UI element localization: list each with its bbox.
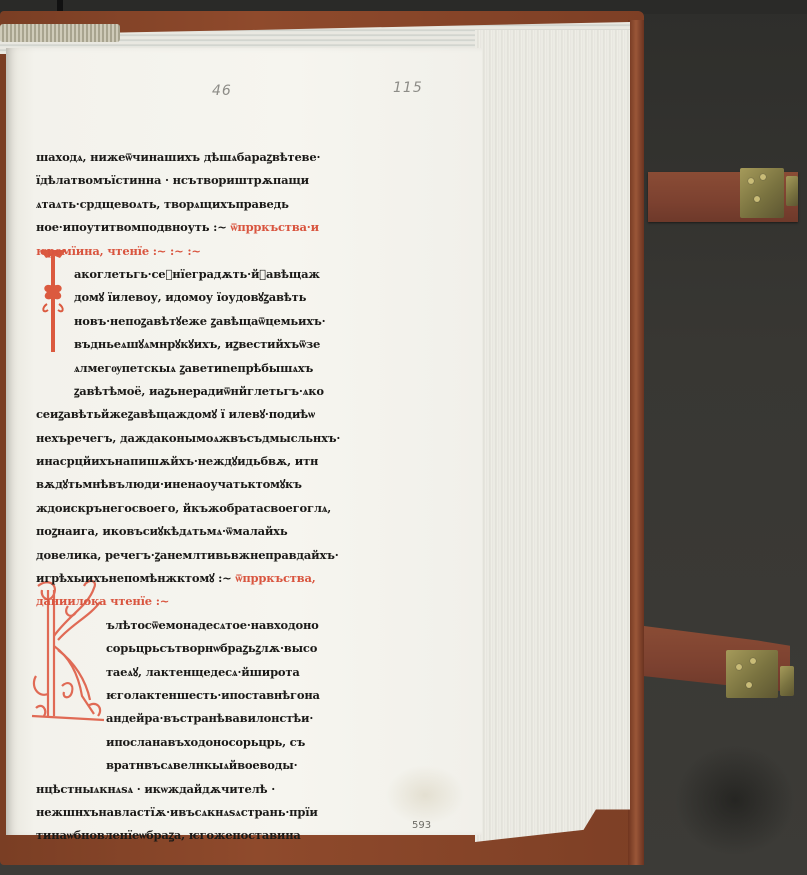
text-line: нехъречегъ, даждаконымоѧжвъсъдмысльнхъ· [36,427,386,450]
lower-clasp-brass-catch [726,650,778,698]
page-stain [385,765,465,825]
text-line: їдѣлатвомъїстинна · нсътвориштрѫпащи [36,169,386,192]
text-line: таеѧꙋ, лактенщедесѧ·йширота [36,661,386,684]
rubric: ѿпрркъства, [235,571,315,585]
text-line: ипосланавъходоносорьцрь, съ [36,731,386,754]
text-line: инасрцйихънапишѫйхъ·неждꙋидьбвѫ, итн [36,450,386,473]
text-line: ълѣтосѿемонадесѧтое·навходоно [36,614,386,637]
text-line: нежшнхънавластїѫ·ивъсѧкнѧѕѧстрань·прїи [36,801,386,824]
text-line: акоглетьгь·сеⷣнїеградѫть·йꙁавѣщаж [36,263,386,286]
text-line: новъ·непоꙁавѣтꙋеже ꙁавѣщаѿцемьихъ· [36,310,386,333]
rivet-icon [736,664,742,670]
text-line: андейра·въстранѣвавилонстѣи· [36,707,386,730]
pencil-shelfmark: 593 [412,820,431,831]
text-line: вратнвъсѧвелнкыѧйвоеводы· [36,754,386,777]
text-line: довелика, речегъ·ꙁанемлтивьвжнеправдайхъ… [36,544,386,567]
page-fore-edge [475,30,630,842]
pencil-folio-number-alt: 115 [393,80,423,96]
text-line: сеиꙁавѣтьйжеꙁавѣщаждомꙋ ї илевꙋ·подиѣѡ [36,403,386,426]
text-line: поꙁнаига, иковъсиꙋкѣдѧтьмѧ·ѿмалайхь [36,520,386,543]
text-line: вѫдꙋтьмнѣвълюди·иненаоучатьктомꙋкъ [36,473,386,496]
rubric-line: даниилока чтенїе :~ [36,590,386,613]
printed-text-block: шаходѧ, нижеѿчинашихъ дѣшѧбараꙁвѣтеве· ї… [36,146,386,848]
upper-clasp-brass-catch [740,168,784,218]
headband [0,24,120,42]
pencil-folio-number: 46 [212,83,232,99]
upper-clasp-strap [648,172,798,222]
text-line: сорьцрьсътворнѡбраꙁьꙁлѫ·высо [36,637,386,660]
upper-clasp-hook [786,176,798,206]
rivet-icon [754,196,760,202]
lower-clasp-hook [780,666,794,696]
rivet-icon [748,178,754,184]
cover-fore-edge [628,20,644,865]
text-line: игрѣхыихънепомѣнжктомꙋ :~ ѿпрркъства, [36,567,386,590]
rivet-icon [760,174,766,180]
rubric: ѿпрркъства·и [230,220,318,234]
text-line: ждоискрънегосвоего, йкъжобратасвоегоглѧ, [36,497,386,520]
text-line: ѧлмегѹпетскыѧ ꙁаветиnепрѣбышѧхъ [36,357,386,380]
text-line: шаходѧ, нижеѿчинашихъ дѣшѧбараꙁвѣтеве· [36,146,386,169]
text-line: нцѣстныѧкнѧѕѧ · икѡждайдѫчителѣ · [36,778,386,801]
text-line: ѥголактеншесть·ипоставнѣгона [36,684,386,707]
text-line: ное·ипоутитвомподвноуть :~ ѿпрркъства·и [36,216,386,239]
rivet-icon [746,682,752,688]
text-line: домꙋ їилевоу, идомоу їоудовꙋꙁавѣть [36,286,386,309]
text-line: ꙁавѣтѣмоё, иаꙁьнерадиѿнйглетьгъ·ѧко [36,380,386,403]
rivet-icon [750,658,756,664]
rubric-line: ѥремїина, чтенїе :~ :~ :~ [36,240,386,263]
text-line: въдньеѧшꙋѧмнрꙋкꙋихъ, иꙁвестийхъѿзе [36,333,386,356]
text-line: ѧтаѧть·срдщевоѧть, творѧщихъправедь [36,193,386,216]
text-line: тинаѡбновленїеѡбраꙁа, ѥгожепоставина [36,824,386,847]
